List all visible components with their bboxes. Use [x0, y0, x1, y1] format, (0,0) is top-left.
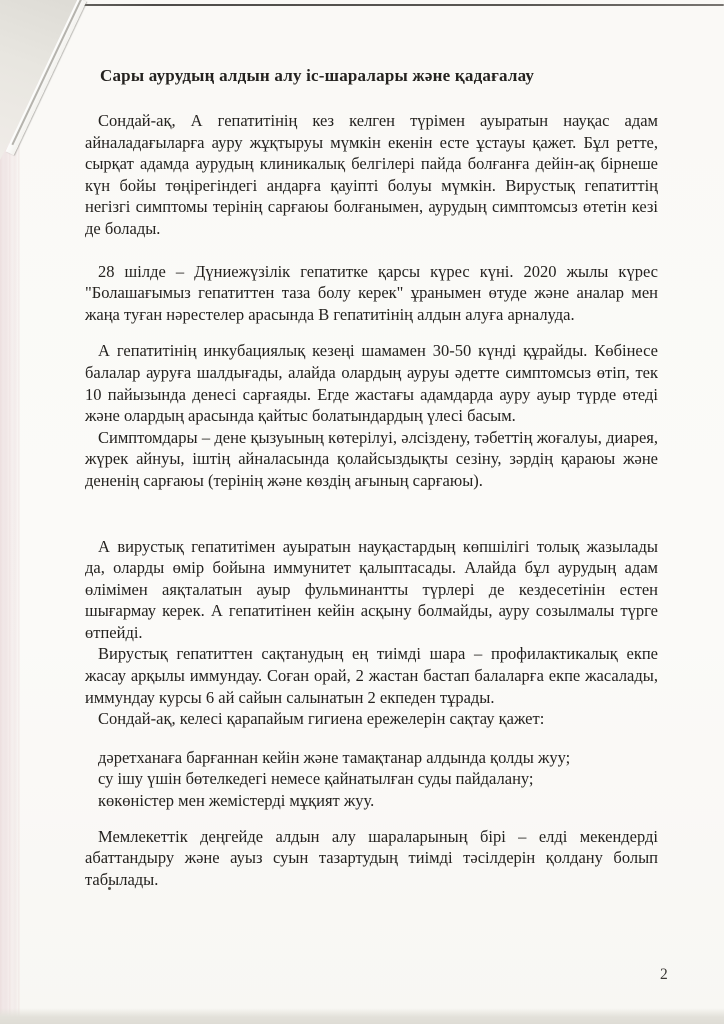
- page-number: 2: [660, 966, 668, 984]
- scan-speck-artifact: [108, 887, 111, 890]
- paragraph-world-hepatitis-day: 28 шілде – Дүниежүзілік гепатитке қарсы …: [85, 261, 658, 326]
- hygiene-rules-list: дәретханаға барғаннан кейін және тамақта…: [85, 747, 658, 812]
- paragraph-symptoms: Симптомдары – дене қызуының көтерілуі, ә…: [85, 427, 658, 492]
- paragraph-vaccination: Вирустық гепатиттен сақтанудың ең тиімді…: [85, 643, 658, 708]
- paragraph-hygiene-intro: Сондай-ақ, келесі қарапайым гигиена ереж…: [85, 708, 658, 730]
- hygiene-rule-wash-hands: дәретханаға барғаннан кейін және тамақта…: [98, 747, 658, 769]
- scan-top-edge-line: [54, 4, 724, 6]
- hygiene-rule-wash-produce: көкөністер мен жемістерді мұқият жуу.: [98, 790, 658, 812]
- scan-bottom-edge-artifact: [0, 1008, 724, 1024]
- document-body: Сары аурудың алдын алу іс-шаралары және …: [85, 66, 658, 890]
- paragraph-state-level-measures: Мемлекеттік деңгейде алдын алу шараларын…: [85, 826, 658, 891]
- document-title: Сары аурудың алдын алу іс-шаралары және …: [100, 66, 658, 86]
- scanned-page: Сары аурудың алдын алу іс-шаралары және …: [0, 0, 724, 1024]
- hygiene-rule-bottled-water: су ішу үшін бөтелкедегі немесе қайнатылғ…: [98, 768, 658, 790]
- paragraph-transmission-warning: Сондай-ақ, А гепатитінің кез келген түрі…: [85, 110, 658, 240]
- paragraph-incubation-period: А гепатитінің инкубациялық кезеңі шамаме…: [85, 340, 658, 426]
- paragraph-recovery-immunity: А вирустық гепатитімен ауыратын науқаста…: [85, 536, 658, 644]
